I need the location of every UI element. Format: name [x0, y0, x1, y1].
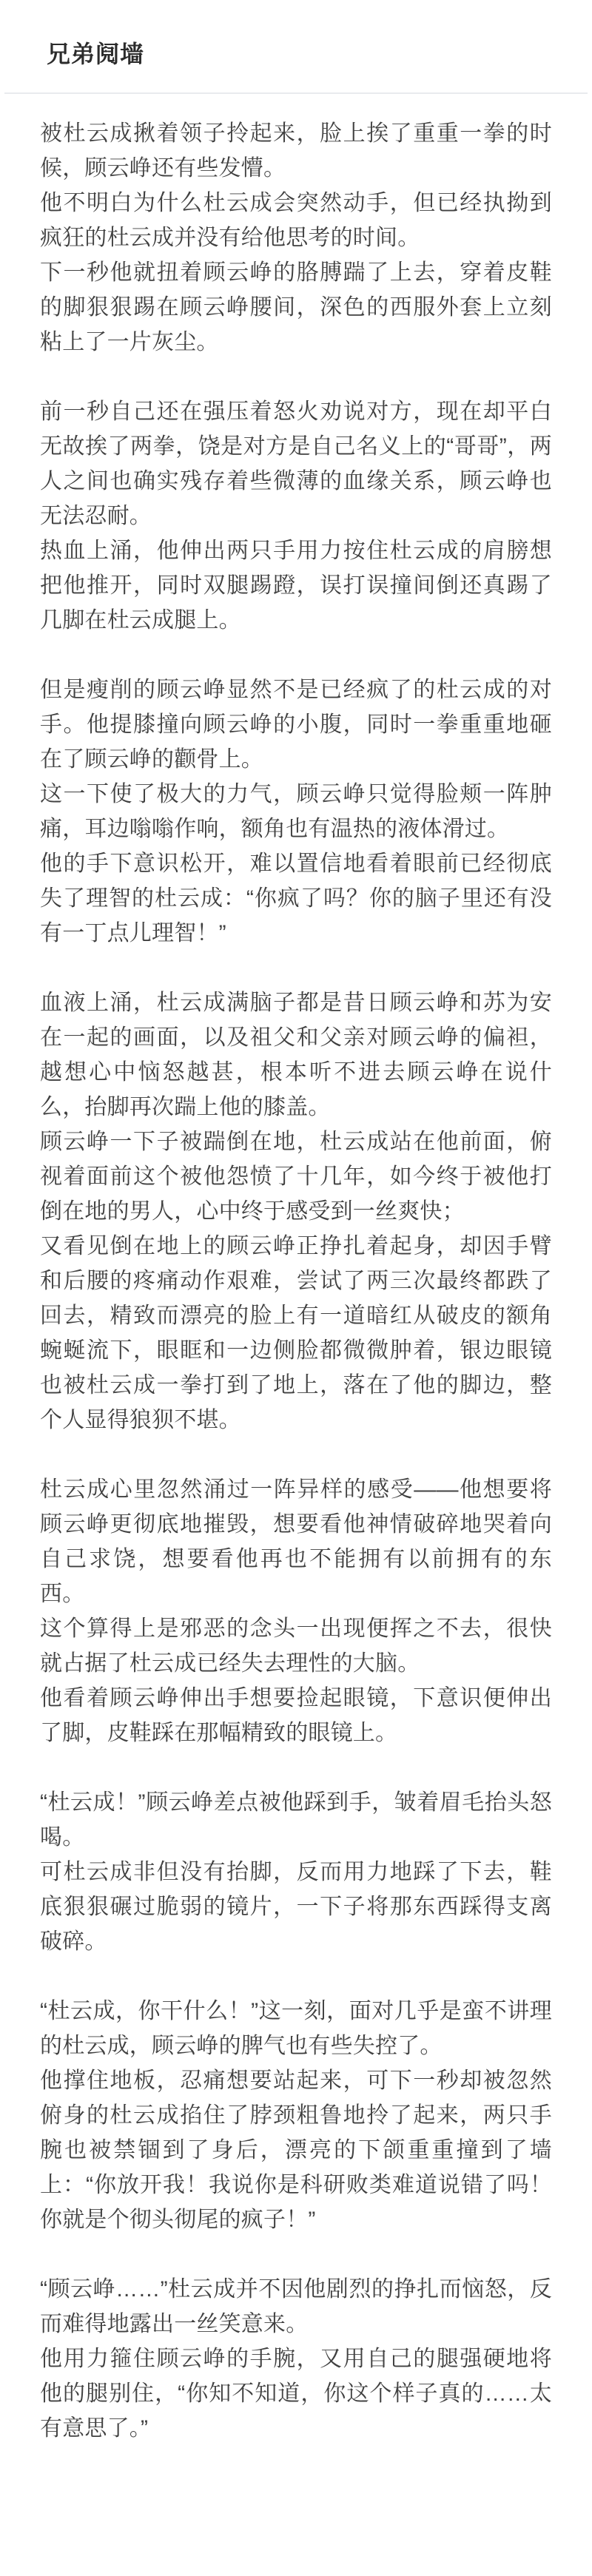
- paragraph: 杜云成心里忽然涌过一阵异样的感受——他想要将顾云峥更彻底地摧毁，想要看他神情破碎…: [40, 1472, 552, 1611]
- paragraph: 被杜云成揪着领子拎起来，脸上挨了重重一拳的时候，顾云峥还有些发懵。: [40, 116, 552, 186]
- paragraph: 他撑住地板，忍痛想要站起来，可下一秒却被忽然俯身的杜云成掐住了脖颈粗鲁地拎了起来…: [40, 2063, 552, 2237]
- paragraph: 又看见倒在地上的顾云峥正挣扎着起身，却因手臂和后腰的疼痛动作艰难，尝试了两三次最…: [40, 1229, 552, 1437]
- chapter-title: 兄弟阋墙: [47, 40, 545, 68]
- paragraph: 他用力箍住顾云峥的手腕，又用自己的腿强硬地将他的腿别住，“你知不知道，你这个样子…: [40, 2341, 552, 2446]
- paragraph: “杜云成，你干什么！”这一刻，面对几乎是蛮不讲理的杜云成，顾云峥的脾气也有些失控…: [40, 1994, 552, 2063]
- paragraph: 血液上涌，杜云成满脑子都是昔日顾云峥和苏为安在一起的画面，以及祖父和父亲对顾云峥…: [40, 985, 552, 1125]
- paragraph: 但是瘦削的顾云峥显然不是已经疯了的杜云成的对手。他提膝撞向顾云峥的小腹，同时一拳…: [40, 672, 552, 777]
- paragraph: 他的手下意识松开，难以置信地看着眼前已经彻底失了理智的杜云成：“你疯了吗？你的脑…: [40, 846, 552, 951]
- paragraph: 下一秒他就扭着顾云峥的胳膊踹了上去，穿着皮鞋的脚狠狠踢在顾云峥腰间，深色的西服外…: [40, 255, 552, 360]
- chapter-body: 被杜云成揪着领子拎起来，脸上挨了重重一拳的时候，顾云峥还有些发懵。他不明白为什么…: [0, 94, 592, 2564]
- paragraph: “顾云峥……”杜云成并不因他剧烈的挣扎而恼怒，反而难得地露出一丝笑意来。: [40, 2272, 552, 2341]
- chapter-header: 兄弟阋墙: [0, 0, 592, 68]
- paragraph: “杜云成！”顾云峥差点被他踩到手，皱着眉毛抬头怒喝。: [40, 1785, 552, 1855]
- paragraph: 他看着顾云峥伸出手想要捡起眼镜，下意识便伸出了脚，皮鞋踩在那幅精致的眼镜上。: [40, 1681, 552, 1750]
- paragraph: 可杜云成非但没有抬脚，反而用力地踩了下去，鞋底狠狠碾过脆弱的镜片，一下子将那东西…: [40, 1855, 552, 1959]
- chapter-page: 兄弟阋墙 被杜云成揪着领子拎起来，脸上挨了重重一拳的时候，顾云峥还有些发懵。他不…: [0, 0, 592, 2564]
- paragraph: 前一秒自己还在强压着怒火劝说对方，现在却平白无故挨了两拳，饶是对方是自己名义上的…: [40, 394, 552, 533]
- paragraph: 热血上涌，他伸出两只手用力按住杜云成的肩膀想把他推开，同时双腿踢蹬，误打误撞间倒…: [40, 533, 552, 638]
- paragraph: 他不明白为什么杜云成会突然动手，但已经执拗到疯狂的杜云成并没有给他思考的时间。: [40, 186, 552, 255]
- paragraph: 这一下使了极大的力气，顾云峥只觉得脸颊一阵肿痛，耳边嗡嗡作响，额角也有温热的液体…: [40, 777, 552, 846]
- paragraph: 顾云峥一下子被踹倒在地，杜云成站在他前面，俯视着面前这个被他怨愤了十几年，如今终…: [40, 1125, 552, 1229]
- paragraph: 这个算得上是邪恶的念头一出现便挥之不去，很快就占据了杜云成已经失去理性的大脑。: [40, 1611, 552, 1681]
